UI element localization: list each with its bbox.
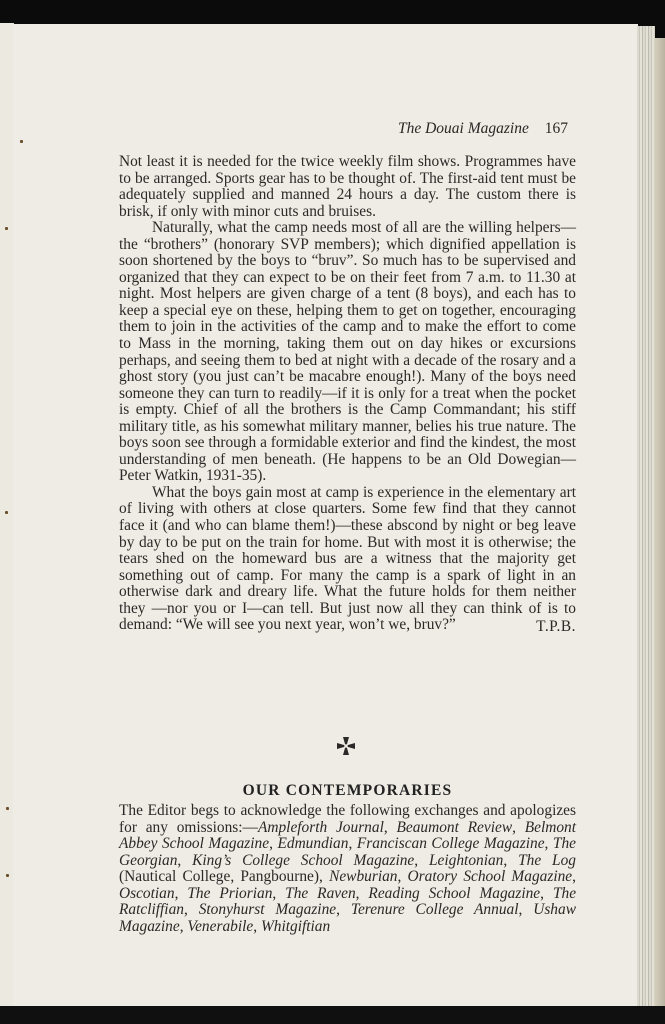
exchange-title: King’s College School Magazine	[192, 852, 414, 869]
author-signature: T.P.B.	[503, 619, 576, 636]
magazine-title: The Douai Magazine	[398, 120, 529, 137]
contemporaries-list: The Editor begs to acknowledge the follo…	[119, 803, 576, 935]
page-stack-shadow	[654, 26, 665, 1006]
scan-background-top	[0, 0, 665, 24]
paragraph-text: What the boys gain most at camp is exper…	[119, 484, 576, 633]
scan-background-bottom	[0, 1006, 665, 1024]
exchange-title: Reading School Magazine	[368, 885, 540, 902]
exchange-title: The Priorian	[187, 885, 272, 902]
exchange-title: (Nautical College, Pangbourne)	[119, 868, 319, 885]
exchange-title: The Raven	[285, 885, 355, 902]
section-heading: OUR CONTEMPORARIES	[119, 782, 576, 800]
paragraph: Not least it is needed for the twice wee…	[119, 154, 576, 220]
article-body: Not least it is needed for the twice wee…	[119, 154, 576, 636]
facing-page-edge	[0, 23, 14, 1007]
margin-mark	[5, 227, 8, 230]
cover-corner	[655, 24, 665, 38]
exchange-title: Whitgiftian	[261, 918, 330, 935]
exchange-title: Stonyhurst Magazine	[199, 901, 336, 918]
margin-mark	[5, 511, 8, 514]
exchange-title: Newburian	[329, 868, 397, 885]
paragraph: What the boys gain most at camp is exper…	[119, 485, 576, 634]
exchange-title: Oratory School Magazine	[408, 868, 573, 885]
exchange-title: Venerabile	[187, 918, 253, 935]
exchange-title: Franciscan College Magazine	[357, 835, 545, 852]
cross-pattee-icon	[336, 736, 356, 756]
margin-mark	[6, 807, 9, 810]
exchange-title: Terenure College Annual	[351, 901, 519, 918]
margin-mark	[20, 140, 23, 143]
exchange-title: Oscotian	[119, 885, 175, 902]
exchange-title: Ampleforth Journal	[258, 819, 384, 836]
exchange-title: Edmundian	[277, 835, 348, 852]
exchange-title: Beaumont Review	[396, 819, 512, 836]
page-number: 167	[545, 120, 568, 137]
exchange-title: Leightonian	[429, 852, 503, 869]
exchange-titles: Ampleforth Journal, Beaumont Review, Bel…	[119, 819, 576, 935]
paragraph: Naturally, what the camp needs most of a…	[119, 220, 576, 485]
running-head: The Douai Magazine 167	[120, 120, 568, 138]
exchange-title: The Log	[518, 852, 576, 869]
margin-mark	[6, 874, 9, 877]
